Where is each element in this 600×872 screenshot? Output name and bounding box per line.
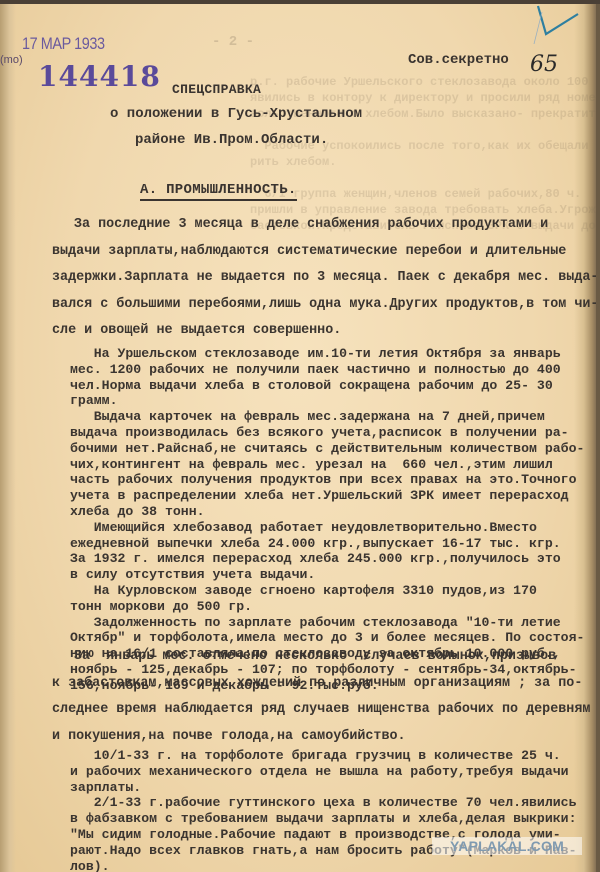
text-line: тонн моркови до 500 гр.: [70, 599, 584, 615]
page-number: - 2 -: [212, 34, 254, 50]
check-mark-icon: [520, 4, 580, 44]
text-line: За последние 3 месяца в деле снабжения р…: [52, 212, 596, 239]
text-line: бочими нет.Райснаб,не считаясь с действи…: [70, 441, 584, 457]
text-line: и рабочих механического отдела не вышла …: [70, 764, 576, 780]
handwritten-folio-number: 65: [530, 52, 558, 77]
text-line: чел.Норма выдачи хлеба в столовой сокращ…: [70, 378, 584, 394]
text-line: чих,контингент на февраль мес. урезал на…: [70, 457, 584, 473]
text-line: На Курловском заводе сгноено картофеля 3…: [70, 583, 584, 599]
text-line: ежедневной выпечки хлеба 24.000 кгр.,вып…: [70, 536, 584, 552]
text-line: сле и овощей не выдается совершенно.: [52, 318, 596, 345]
text-line: к забастовкам,массовых хождений по разли…: [52, 671, 590, 698]
document-page: р.г. рабочие Уршельского стеклозавода ок…: [0, 4, 596, 872]
text-line: в фабзавком с требованием выдачи зарплат…: [70, 811, 576, 827]
document-subtitle-line-1: о положении в Гусь-Хрустальном: [110, 106, 362, 122]
registration-number-stamp: 144418: [38, 60, 161, 93]
text-line: зарплаты.: [70, 780, 576, 796]
text-line: Задолженность по зарплате рабочим стекло…: [70, 615, 584, 631]
text-line: мес. 1200 рабочих не получили паек части…: [70, 362, 584, 378]
text-line: Имеющийся хлебозавод работает неудовлетв…: [70, 520, 584, 536]
text-line: в силу отсутствия учета выдачи.: [70, 567, 584, 583]
text-line: грамм.: [70, 393, 584, 409]
paragraph-supply-overview: За последние 3 месяца в деле снабжения р…: [52, 212, 596, 345]
section-heading: А. ПРОМЫШЛЕННОСТЬ.: [140, 182, 297, 201]
bleed-through-text: р.г. рабочие Уршельского стеклозавода ок…: [250, 74, 596, 234]
text-line: вался с большими перебоями,лишь одна мук…: [52, 292, 596, 319]
classification-label: Сов.секретно: [408, 52, 509, 68]
text-line: На Уршельском стеклозаводе им.10-ти лети…: [70, 346, 584, 362]
paragraph-factory-details: На Уршельском стеклозаводе им.10-ти лети…: [70, 346, 584, 694]
text-line: 2/1-33 г.рабочие гуттинского цеха в коли…: [70, 795, 576, 811]
document-title: СПЕЦСПРАВКА: [172, 82, 261, 97]
binding-shadow-left: [0, 4, 16, 872]
text-line: учета в распределении хлеба нет.Уршельск…: [70, 488, 584, 504]
text-line: Выдача карточек на февраль мес.задержана…: [70, 409, 584, 425]
text-line: задержки.Зарплата не выдается по 3 месяц…: [52, 265, 596, 292]
text-line: и покушения,на почве голода,на самоубийс…: [52, 724, 590, 751]
text-line: лов).: [70, 859, 576, 872]
text-line: хлеба до 38 тонн.: [70, 504, 584, 520]
paragraph-unrest: За январь мес. отмечено несколько случае…: [52, 644, 590, 750]
text-line: следнее время наблюдается ряд случаев ни…: [52, 697, 590, 724]
document-subtitle-line-2: районе Ив.Пром.Области.: [135, 132, 328, 148]
margin-mark: (mo): [0, 54, 23, 66]
text-line: выдачи зарплаты,наблюдаются систематичес…: [52, 239, 596, 266]
text-line: выдача производилась без всякого учета,р…: [70, 425, 584, 441]
text-line: За 1932 г. имелся перерасход хлеба 245.0…: [70, 551, 584, 567]
site-watermark: YAPLAKAL.COM: [432, 837, 582, 855]
text-line: 10/1-33 г. на торфболоте бригада грузчиц…: [70, 748, 576, 764]
received-date-stamp: 17 MAP 1933: [22, 34, 105, 54]
text-line: За январь мес. отмечено несколько случае…: [52, 644, 590, 671]
text-line: часть рабочих получения продуктов при вс…: [70, 472, 584, 488]
